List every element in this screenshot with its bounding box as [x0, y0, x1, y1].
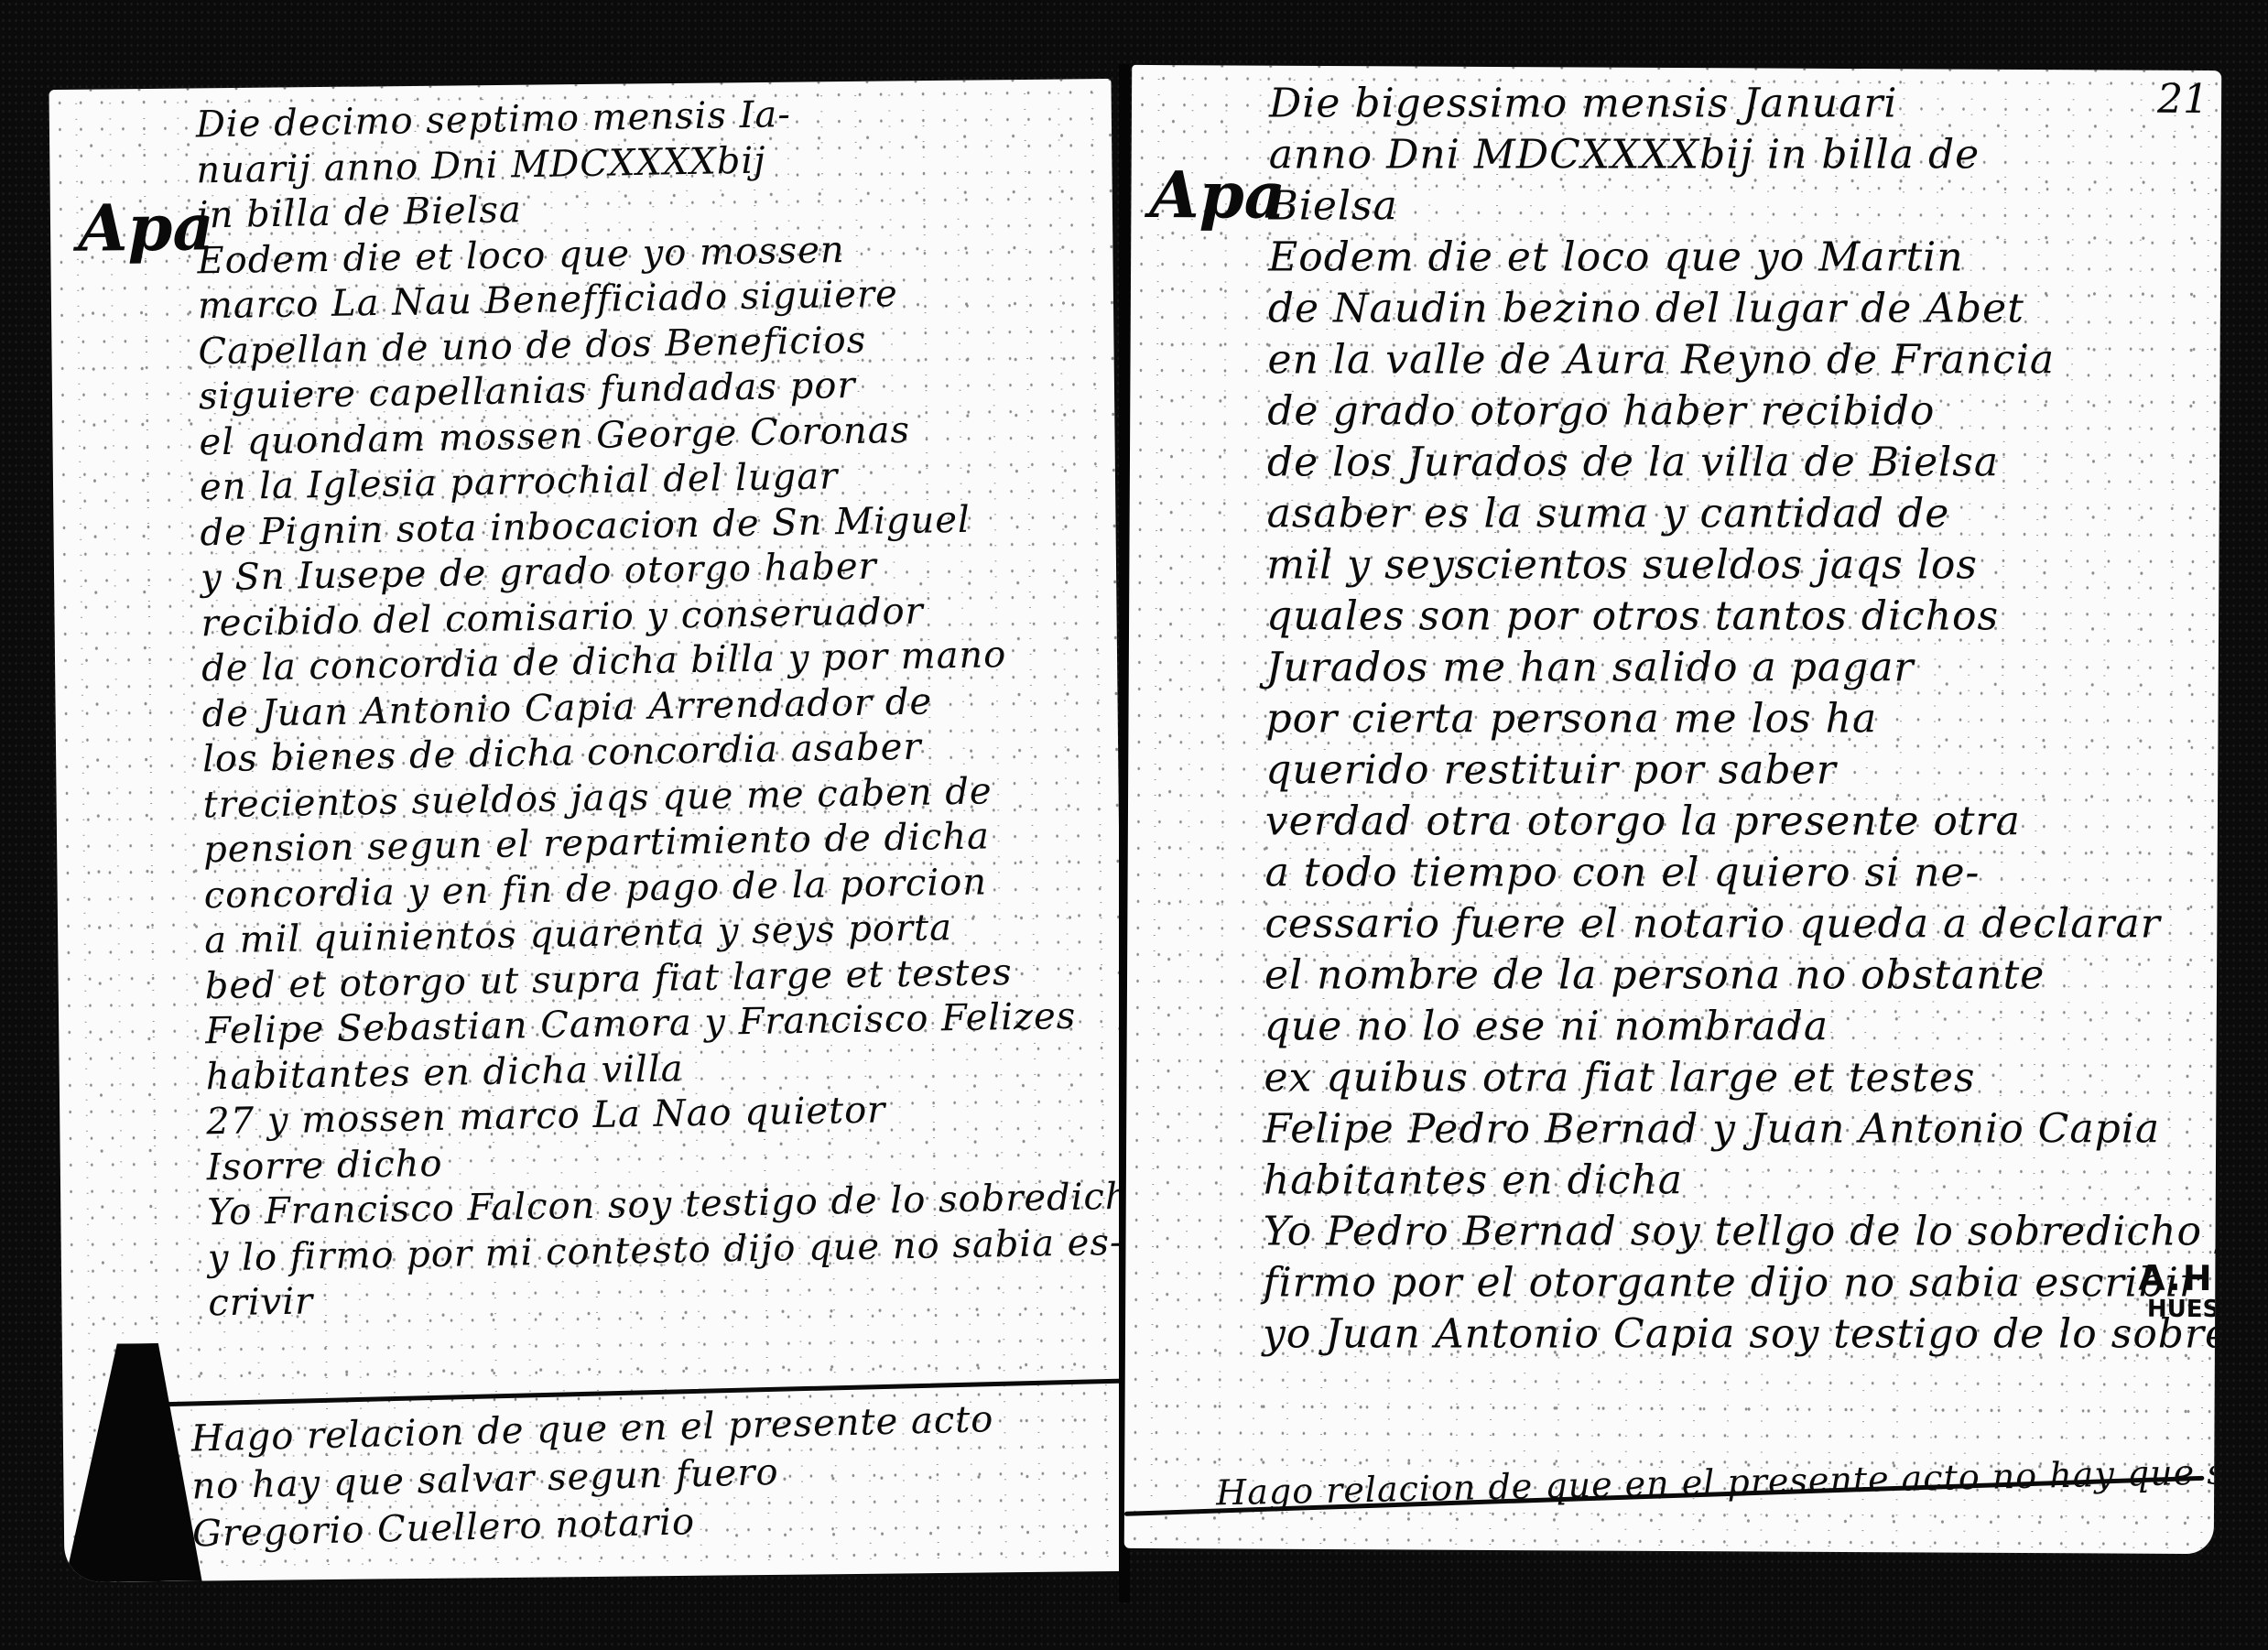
manuscript-line: y Sn Iusepe de grado otorgo haber [201, 548, 877, 597]
left-page: Apa Die decimo septimo mensis Ia-nuarij … [49, 79, 1126, 1582]
manuscript-line: los bienes de dicha concordia asaber [202, 729, 922, 778]
manuscript-line: nuarij anno Dni MDCXXXXbij [196, 142, 766, 189]
manuscript-line: no hay que salvar segun fuero [191, 1454, 779, 1505]
manuscript-line: Eodem die et loco que yo mossen [197, 232, 845, 279]
manuscript-line: marco La Nau Benefficiado siguiere [198, 276, 898, 324]
manuscript-line: Gregorio Cuellero notario [192, 1503, 696, 1552]
manuscript-line: de Juan Antonio Capia Arrendador de [201, 683, 932, 733]
manuscript-line: el nombre de la persona no obstante [1264, 956, 2045, 996]
manuscript-line: recibido del comisario y conseruador [201, 592, 924, 642]
manuscript-line: Jurados me han salido a pagar [1266, 648, 1915, 689]
manuscript-line: Felipe Pedro Bernad y Juan Antonio Capia [1264, 1110, 2160, 1150]
manuscript-line: in billa de Bielsa [197, 191, 522, 233]
manuscript-line: Bielsa [1268, 187, 1397, 227]
manuscript-line: 27 y mossen marco La Nao quietor [206, 1091, 886, 1140]
manuscript-line: bed et otorgo ut supra fiat large et tes… [204, 953, 1013, 1004]
manuscript-line: habitantes en dicha [1264, 1161, 1683, 1201]
manuscript-line: de Naudin bezino del lugar de Abet [1268, 289, 2024, 330]
manuscript-line: crivir [208, 1283, 314, 1321]
manuscript-line: firmo por el otorgante dijo no sabia esc… [1263, 1264, 2199, 1304]
manuscript-line: que no lo ese ni nombrada [1264, 1007, 1829, 1048]
manuscript-line: por cierta persona me los ha [1266, 700, 1878, 740]
manuscript-line: siguiere capellanias fundadas por [199, 367, 856, 416]
margin-note-right: Apa [1149, 157, 1286, 233]
folio-number: 21 [2157, 76, 2208, 123]
stamp-line-2: HUESCA [2132, 1297, 2221, 1323]
manuscript-line: pension segun el repartimiento de dicha [203, 818, 990, 868]
manuscript-line: yo Juan Antonio Capia soy testigo de lo … [1263, 1315, 2221, 1355]
manuscript-line: habitantes en dicha villa [205, 1050, 683, 1095]
manuscript-line: mil y seyscientos sueldos jaqs los [1266, 546, 1978, 586]
manuscript-line: Hago relacion de que en el presente acto… [1216, 1452, 2222, 1510]
manuscript-line: asaber es la suma y cantidad de [1267, 494, 1950, 535]
margin-note-left: Apa [78, 189, 214, 266]
manuscript-line: querido restituir por saber [1265, 751, 1837, 791]
manuscript-line: el quondam mossen George Coronas [199, 411, 910, 461]
manuscript-line: a todo tiempo con el quiero si ne- [1265, 853, 1980, 894]
manuscript-line: quales son por otros tantos dichos [1266, 597, 1999, 637]
manuscript-line: de grado otorgo haber recibido [1267, 392, 1935, 432]
manuscript-line: Die decimo septimo mensis Ia- [196, 96, 792, 143]
manuscript-line: Yo Pedro Bernad soy tellgo de lo sobredi… [1264, 1212, 2222, 1253]
manuscript-line: Isorre dicho [206, 1145, 442, 1185]
manuscript-line: Eodem die et loco que yo Martin [1268, 238, 1963, 278]
manuscript-line: Die bigessimo mensis Januari [1269, 84, 1897, 125]
manuscript-line: cessario fuere el notario queda a declar… [1264, 905, 2160, 945]
manuscript-line: concordia y en fin de pago de la porcion [203, 863, 987, 914]
manuscript-line: Felipe Sebastian Camora y Francisco Feli… [205, 998, 1077, 1050]
manuscript-line: Capellan de uno de dos Beneficios [198, 321, 866, 370]
manuscript-line: verdad otra otorgo la presente otra [1265, 802, 2021, 842]
right-page: 21 Apa Die bigessimo mensis Januarianno … [1124, 65, 2221, 1554]
manuscript-line: en la valle de Aura Reyno de Francia [1268, 341, 2056, 381]
manuscript-line: Hago relacion de que en el presente acto [190, 1401, 993, 1457]
manuscript-line: trecientos sueldos jaqs que me caben de [202, 773, 993, 823]
manuscript-line: ex quibus otra fiat large et testes [1264, 1058, 1975, 1099]
manuscript-line: de Pignin sota inbocacion de Sn Miguel [200, 501, 971, 551]
manuscript-line: en la Iglesia parrochial del lugar [200, 458, 839, 505]
archive-stamp: A.H.P. HUESCA [2132, 1261, 2221, 1323]
manuscript-line: anno Dni MDCXXXXbij in billa de [1269, 136, 1980, 176]
manuscript-line: y lo firmo por mi contesto dijo que no s… [208, 1223, 1123, 1275]
manuscript-line: de los Jurados de la villa de Bielsa [1267, 443, 1999, 483]
stamp-line-1: A.H.P. [2132, 1261, 2221, 1298]
manuscript-line: a mil quinientos quarenta y seys porta [204, 909, 952, 959]
manuscript-line: de la concordia de dicha billa y por man… [201, 636, 1007, 687]
page-corner-shadow [62, 1342, 202, 1582]
